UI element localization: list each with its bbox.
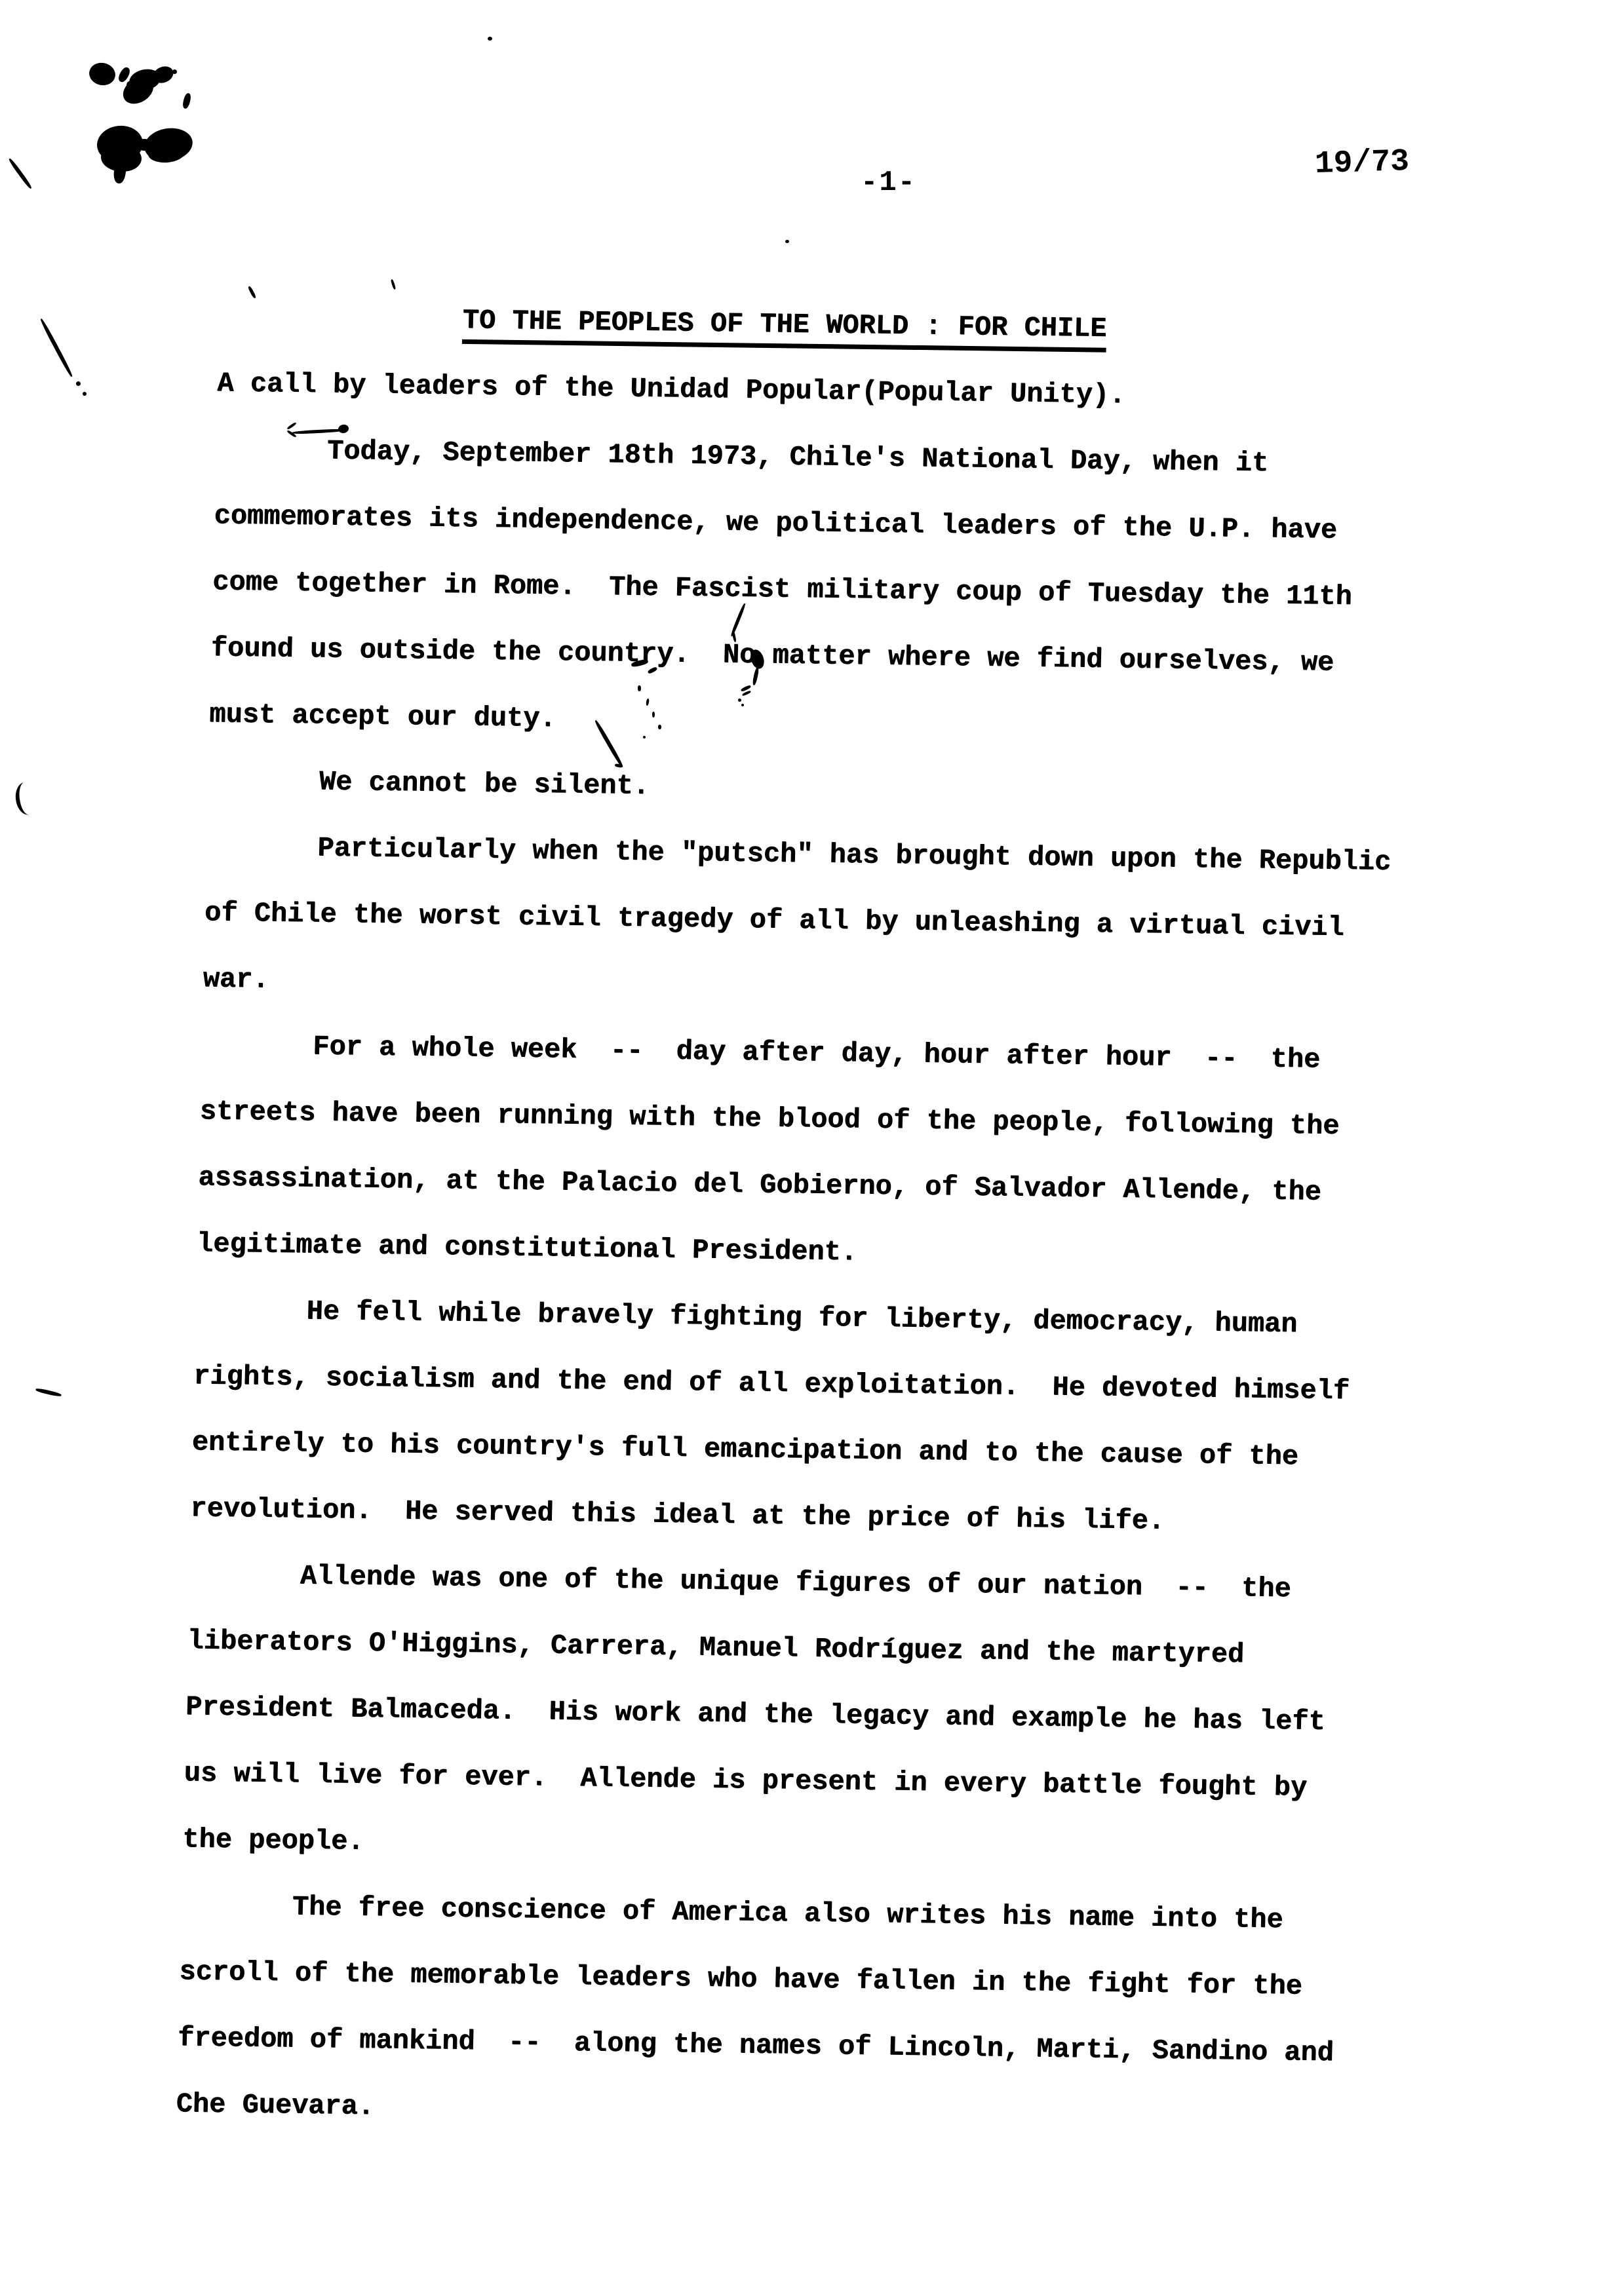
scan-mark [8,157,33,189]
document-title-text: TO THE PEOPLES OF THE WORLD : FOR CHILE [462,305,1107,353]
ink-speck [76,381,81,386]
ink-speck [738,698,741,702]
ink-speck [83,392,87,396]
ink-speck [172,69,177,74]
ink-speck [488,37,492,41]
ink-speck [643,736,646,738]
page-number: -1- [861,166,916,199]
typewritten-text-block: TO THE PEOPLES OF THE WORLD : FOR CHILE … [175,284,1412,2153]
scan-mark [39,318,73,377]
ink-blot [136,139,152,151]
ink-speck [652,712,655,717]
ink-blot [87,60,117,88]
ink-speck [658,725,661,729]
ink-speck [785,240,789,243]
ink-speck [741,704,744,706]
ink-speck [182,92,192,109]
handwritten-paren-mark [14,781,37,816]
scan-mark [35,1388,62,1398]
scanned-document-page: -1- 19/73 TO THE PEOPLES OF THE WORLD : … [0,0,1615,2296]
document-reference-number: 19/73 [1314,144,1409,182]
ink-speck [638,685,641,691]
